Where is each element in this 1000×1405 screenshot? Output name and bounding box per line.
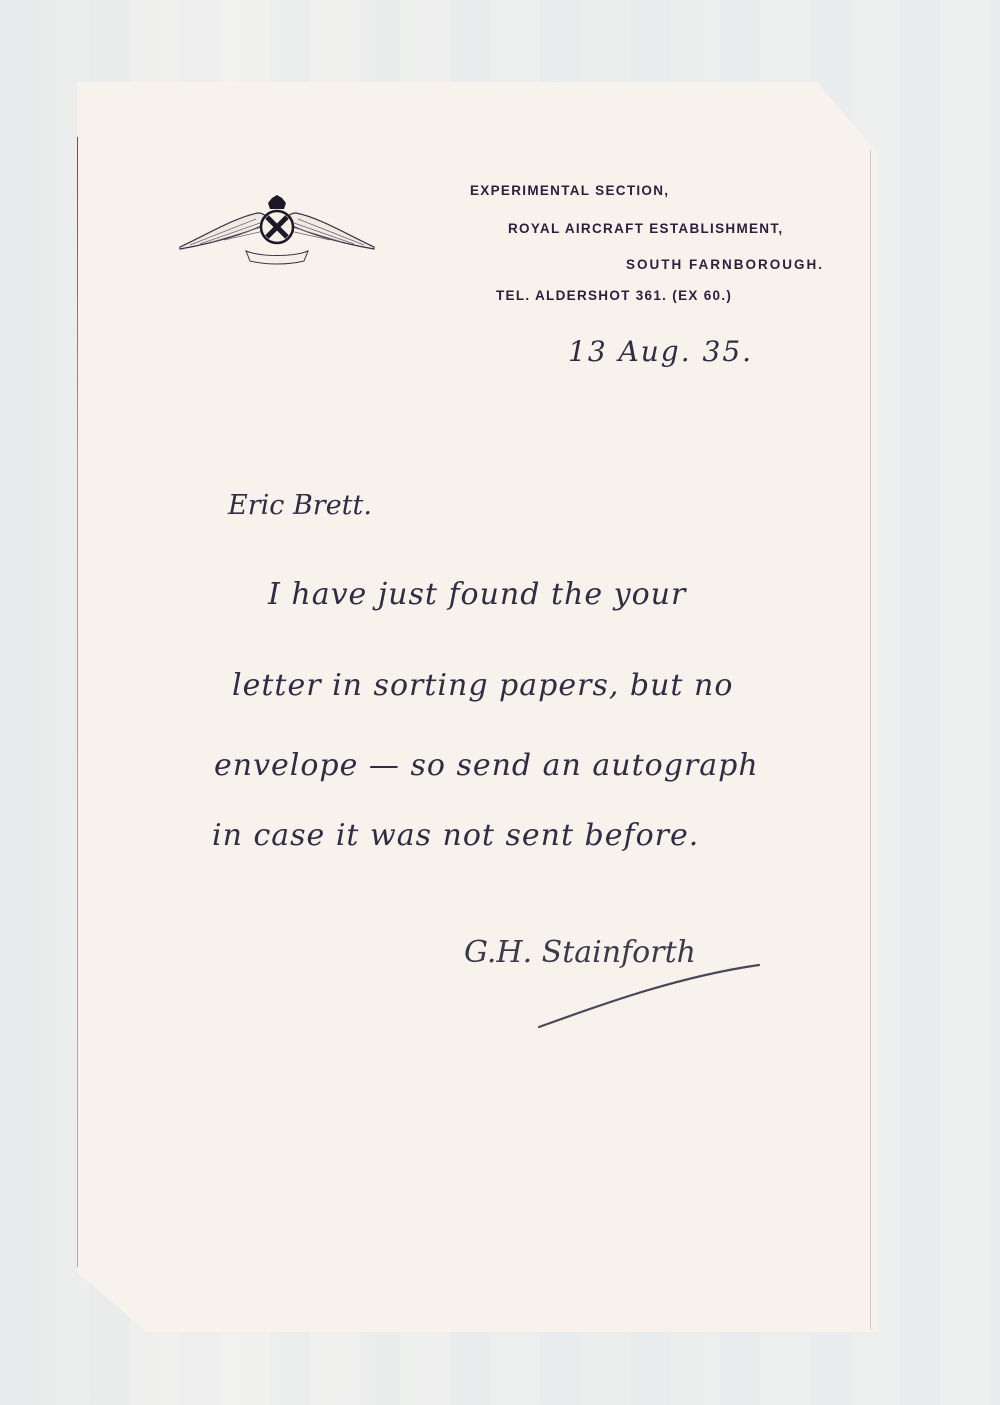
page-fold-line: [870, 150, 871, 1330]
body-line: I have just found the your: [268, 577, 686, 612]
body-line: letter in sorting papers, but no: [232, 668, 733, 703]
letterhead-line-section: EXPERIMENTAL SECTION,: [470, 183, 669, 198]
letterhead-line-location: SOUTH FARNBOROUGH.: [626, 257, 824, 272]
body-line: in case it was not sent before.: [212, 818, 699, 853]
winged-crest-icon: [176, 195, 378, 265]
signature-underline: [535, 955, 765, 1035]
letterhead-line-telephone: TEL. ALDERSHOT 361. (EX 60.): [496, 288, 732, 303]
body-line: envelope — so send an autograph: [214, 748, 759, 783]
letter-date: 13 Aug. 35.: [568, 335, 753, 368]
letterhead-line-establishment: ROYAL AIRCRAFT ESTABLISHMENT,: [508, 221, 783, 236]
salutation: Eric Brett.: [228, 490, 372, 521]
